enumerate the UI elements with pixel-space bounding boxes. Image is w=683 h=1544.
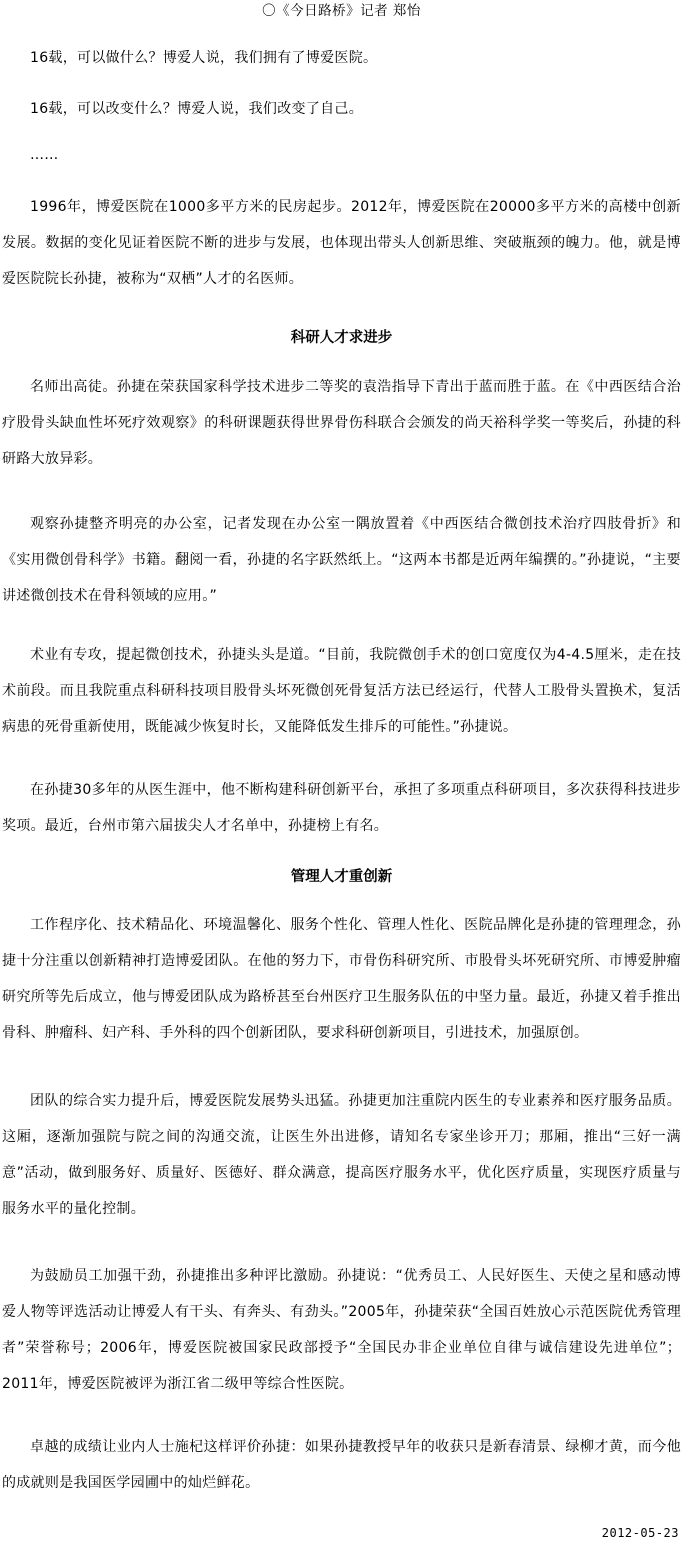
paragraph-management-2: 团队的综合实力提升后，博爱医院发展势头迅猛。孙捷更加注重院内医生的专业素养和医疗…	[2, 1083, 681, 1227]
section-heading-research: 科研人才求进步	[0, 328, 683, 348]
paragraph-research-1: 名师出高徒。孙捷在荣获国家科学技术进步二等奖的袁浩指导下青出于蓝而胜于蓝。在《中…	[2, 369, 681, 477]
section-heading-management: 管理人才重创新	[0, 867, 683, 887]
intro-line-2: 16载，可以改变什么？博爱人说，我们改变了自己。	[2, 91, 681, 127]
paragraph-management-1: 工作程序化、技术精品化、环境温馨化、服务个性化、管理人性化、医院品牌化是孙捷的管…	[2, 907, 681, 1051]
paragraph-research-4: 在孙捷30多年的从医生涯中，他不断构建科研创新平台，承担了多项重点科研项目，多次…	[2, 772, 681, 844]
intro-line-1: 16载，可以做什么？博爱人说，我们拥有了博爱医院。	[2, 40, 681, 76]
paragraph-research-3: 术业有专攻，提起微创技术，孙捷头头是道。“目前，我院微创手术的创口宽度仅为4-4…	[2, 637, 681, 745]
article-byline: 〇《今日路桥》记者 郑怡	[0, 1, 683, 21]
intro-ellipsis: ……	[2, 137, 681, 173]
publish-date: 2012-05-23	[602, 1525, 679, 1541]
paragraph-opening: 1996年，博爱医院在1000多平方米的民房起步。2012年，博爱医院在2000…	[2, 189, 681, 297]
paragraph-research-2: 观察孙捷整齐明亮的办公室，记者发现在办公室一隅放置着《中西医结合微创技术治疗四肢…	[2, 506, 681, 614]
paragraph-management-4: 卓越的成绩让业内人士施杞这样评价孙捷：如果孙捷教授早年的收获只是新春清景、绿柳才…	[2, 1429, 681, 1501]
paragraph-management-3: 为鼓励员工加强干劲，孙捷推出多种评比激励。孙捷说：“优秀员工、人民好医生、天使之…	[2, 1258, 681, 1402]
